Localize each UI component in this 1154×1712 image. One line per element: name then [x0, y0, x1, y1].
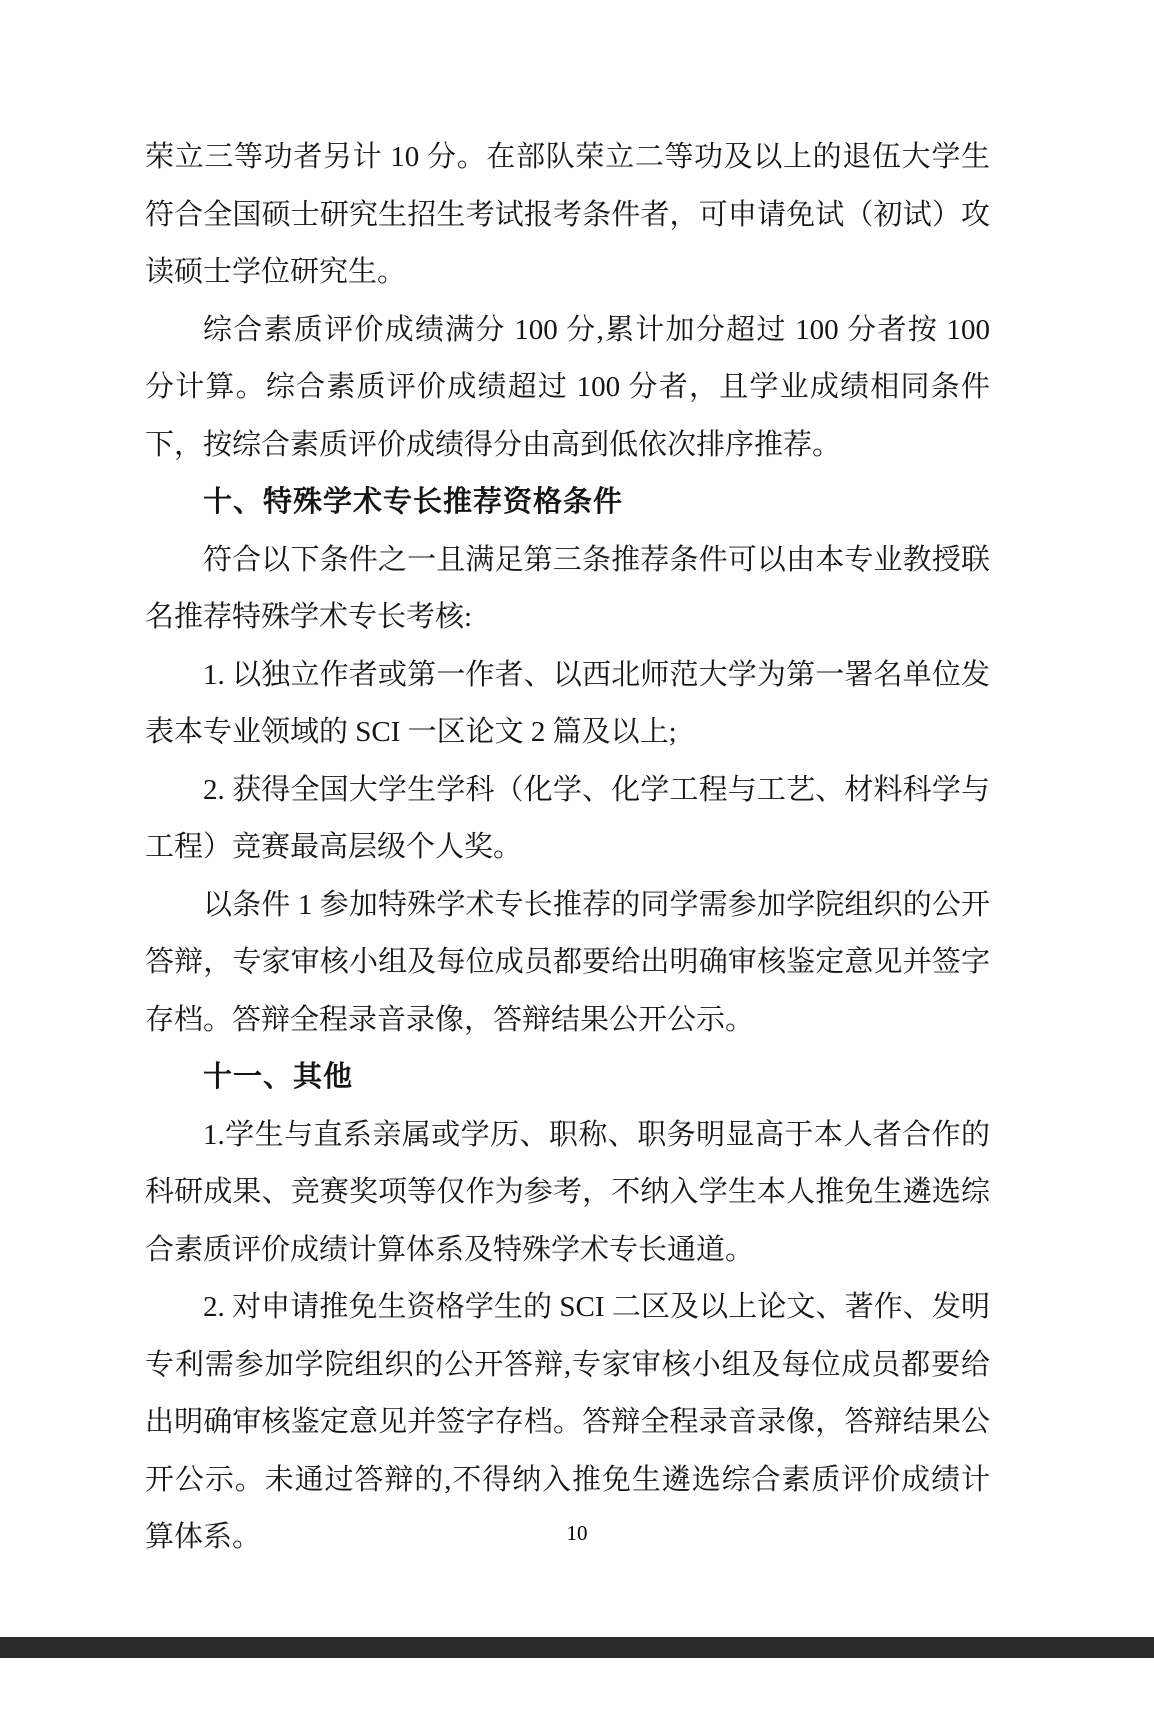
- list-item-1-collaboration-rule: 1.学生与直系亲属或学历、职称、职务明显高于本人者合作的科研成果、竞赛奖项等仅作…: [145, 1107, 990, 1280]
- paragraph-continuation: 荣立三等功者另计 10 分。在部队荣立二等功及以上的退伍大学生符合全国硕士研究生…: [145, 129, 990, 302]
- footer-bar: [0, 1637, 1154, 1658]
- section-heading-10: 十、特殊学术专长推荐资格条件: [145, 474, 990, 532]
- document-page: 荣立三等功者另计 10 分。在部队荣立二等功及以上的退伍大学生符合全国硕士研究生…: [0, 0, 1154, 1712]
- list-item-2-competition-award: 2. 获得全国大学生学科（化学、化学工程与工艺、材料科学与工程）竞赛最高层级个人…: [145, 762, 990, 877]
- document-body: 荣立三等功者另计 10 分。在部队荣立二等功及以上的退伍大学生符合全国硕士研究生…: [145, 129, 990, 1567]
- list-item-1-sci-papers: 1. 以独立作者或第一作者、以西北师范大学为第一署名单位发表本专业领域的 SCI…: [145, 647, 990, 762]
- section-heading-11: 十一、其他: [145, 1049, 990, 1107]
- paragraph-score-calculation: 综合素质评价成绩满分 100 分,累计加分超过 100 分者按 100 分计算。…: [145, 302, 990, 475]
- page-number: 10: [0, 1521, 1154, 1545]
- paragraph-special-talent-intro: 符合以下条件之一且满足第三条推荐条件可以由本专业教授联名推荐特殊学术专长考核:: [145, 532, 990, 647]
- paragraph-defense-requirement: 以条件 1 参加特殊学术专长推荐的同学需参加学院组织的公开答辩，专家审核小组及每…: [145, 877, 990, 1050]
